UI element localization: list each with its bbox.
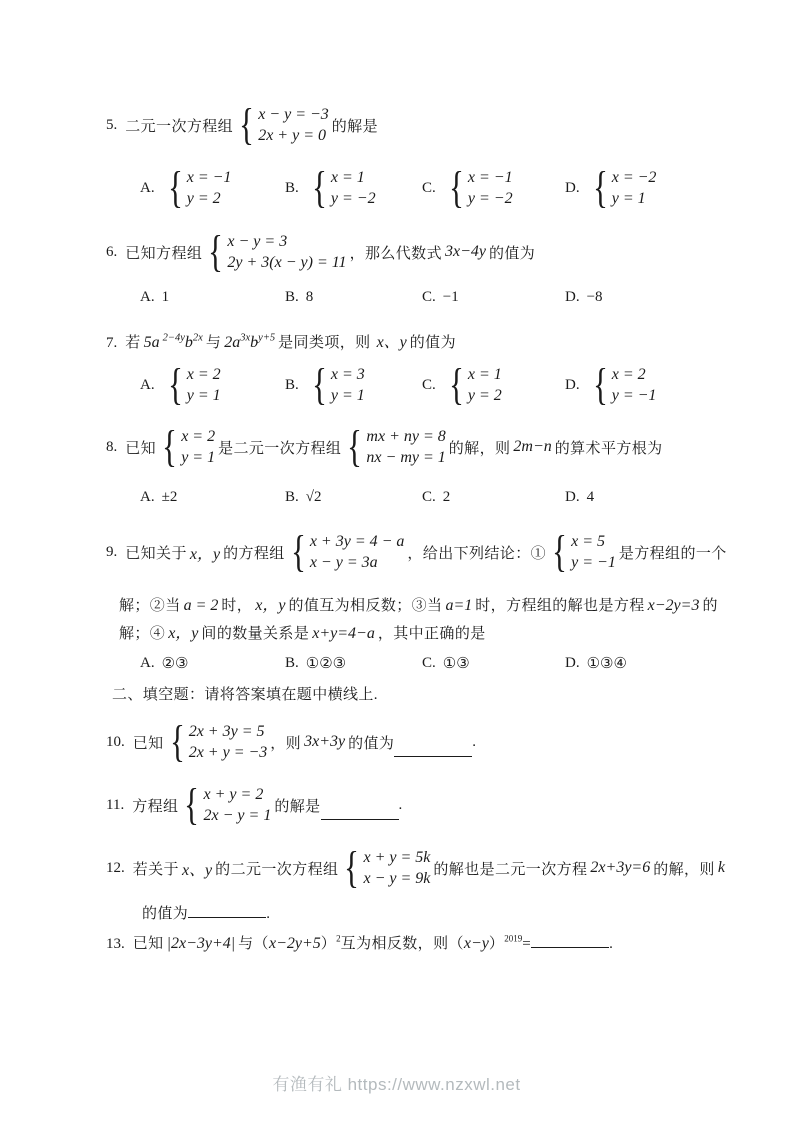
- equation: y = −2: [468, 188, 513, 209]
- q5-pre-text: 二元一次方程组: [125, 115, 233, 136]
- q13-text: ）: [489, 936, 504, 952]
- option-label: C.: [422, 289, 436, 306]
- option-value: −1: [443, 289, 459, 306]
- q8-option-b: B.√2: [285, 488, 322, 506]
- section-2-header: 二、填空题：请将答案填在题中横线上.: [112, 683, 378, 704]
- q8-post-text: 的解，则: [449, 437, 511, 458]
- question-11: 11. 方程组 { x + y = 22x − y = 1 的解是 .: [106, 781, 403, 829]
- q9-inline-math: x+y=4−a: [312, 625, 375, 642]
- q11-pre-text: 方程组: [132, 795, 178, 816]
- q5-option-d: D. {x = −2y = 1: [565, 164, 659, 212]
- equation: x = −2: [612, 167, 657, 188]
- q6-option-b: B.8: [285, 288, 313, 306]
- q6-option-d: D.−8: [565, 288, 603, 306]
- q5-equation-system: { x − y = −3 2x + y = 0: [236, 103, 329, 147]
- option-label: B.: [285, 289, 299, 306]
- option-system: {x = 2y = 1: [165, 363, 221, 407]
- q7-exponent: 3x: [240, 333, 250, 344]
- option-value: ①③: [443, 654, 470, 673]
- option-label: D.: [565, 489, 580, 506]
- option-label: A.: [140, 377, 155, 394]
- q9-inline-math: x，y: [190, 541, 220, 564]
- q13-text: 已知: [133, 936, 164, 952]
- question-6: 6. 已知方程组 { x − y = 3 2y + 3(x − y) = 11 …: [106, 228, 535, 276]
- q7-exponent: 2−4y: [163, 333, 185, 344]
- q7-number: 7.: [106, 335, 117, 351]
- q5-option-c: C. {x = −1y = −2: [422, 164, 516, 212]
- equation: x = 2: [181, 426, 215, 447]
- option-label: C.: [422, 489, 436, 506]
- q9-text: 是方程组的一个: [619, 542, 727, 563]
- equation: x = 1: [468, 364, 502, 385]
- q8-mid-text: 是二元一次方程组: [218, 437, 341, 458]
- option-label: C.: [422, 180, 436, 197]
- q12-text: 的解也是二元一次方程: [433, 858, 587, 879]
- option-label: D.: [565, 180, 580, 197]
- brace-glyph: {: [168, 363, 183, 407]
- option-value: 4: [587, 489, 595, 506]
- q5-equations: x − y = −3 2x + y = 0: [258, 104, 329, 146]
- q10-inline-math: 3x+3y: [304, 733, 345, 751]
- q9-text: 的方程组: [223, 542, 285, 563]
- equation: x = −1: [187, 167, 232, 188]
- option-value: ②③: [162, 654, 189, 673]
- q12-inline-math: x、y: [182, 857, 212, 880]
- option-label: D.: [565, 655, 580, 672]
- q13-text: =: [522, 936, 531, 952]
- q13-text: ）: [321, 936, 336, 952]
- q6-post-text: ，那么代数式: [350, 242, 442, 263]
- q8-option-c: C.2: [422, 488, 450, 506]
- q5-option-a: A. {x = −1y = 2: [140, 164, 234, 212]
- question-8: 8. 已知 { x = 2y = 1 是二元一次方程组 { mx + ny = …: [106, 423, 663, 471]
- equation: y = −1: [571, 552, 616, 573]
- q7-option-b: B. {x = 3y = 1: [285, 361, 368, 409]
- option-label: C.: [422, 655, 436, 672]
- q9-text: 已知关于: [125, 542, 187, 563]
- equation: y = −2: [331, 188, 376, 209]
- q7-exponent: y+5: [258, 333, 275, 344]
- option-value: √2: [306, 489, 322, 506]
- q7-post-text: 是同类项，则: [278, 335, 370, 351]
- q9-inline-math: a=1: [445, 597, 472, 614]
- q9-text: 时，方程组的解也是方程: [475, 598, 644, 614]
- footer-watermark: 有渔有礼 https://www.nzxwl.net: [0, 1070, 793, 1095]
- equation: x + y = 2: [204, 784, 272, 805]
- equation: nx − my = 1: [366, 447, 445, 468]
- option-label: C.: [422, 377, 436, 394]
- brace-glyph: {: [208, 230, 223, 274]
- q13-text: 与（: [238, 936, 269, 952]
- question-7: 7.若5a2−4yb2x与2a3xby+5是同类项，则x、y的值为: [106, 329, 456, 352]
- option-label: A.: [140, 289, 155, 306]
- equation: y = 1: [331, 385, 365, 406]
- option-system: {x = 1y = −2: [309, 166, 376, 210]
- answer-blank: [188, 903, 266, 918]
- q6-option-a: A.1: [140, 288, 169, 306]
- section-2-title: 二、填空题：请将答案填在题中横线上.: [112, 687, 378, 703]
- answer-blank: [394, 742, 472, 757]
- q6-equations: x − y = 3 2y + 3(x − y) = 11: [227, 231, 346, 273]
- option-system: {x = 1y = 2: [446, 363, 502, 407]
- footer-text: 有渔有礼 https://www.nzxwl.net: [272, 1075, 520, 1094]
- q10-tail: .: [472, 734, 476, 751]
- q9-text: ，给出下列结论：①: [407, 542, 546, 563]
- question-9-line1: 9. 已知关于 x，y 的方程组 { x + 3y = 4 − ax − y =…: [106, 527, 727, 577]
- q9-inline-math: x，y: [168, 625, 198, 642]
- q8-option-a: A.±2: [140, 488, 177, 506]
- equation: 2x + y = 0: [258, 125, 329, 146]
- q9-inline-math: x−2y=3: [648, 597, 700, 614]
- q7-term: b: [250, 334, 258, 351]
- q5-option-b: B. {x = 1y = −2: [285, 164, 379, 212]
- equation: x − y = −3: [258, 104, 329, 125]
- q9-equation-system: { x + 3y = 4 − ax − y = 3a: [288, 530, 405, 574]
- q12-inline-math: 2x+3y=6: [590, 859, 650, 877]
- q11-tail: .: [399, 797, 403, 814]
- q7-options: A. {x = 2y = 1 B. {x = 3y = 1 C. {x = 1y…: [0, 361, 793, 409]
- q13-inline-math: x−2y+5: [269, 935, 321, 952]
- q6-equation-system: { x − y = 3 2y + 3(x − y) = 11: [205, 230, 346, 274]
- q5-number: 5.: [106, 117, 117, 134]
- equation: x = 1: [331, 167, 376, 188]
- q7-option-d: D. {x = 2y = −1: [565, 361, 659, 409]
- equation: y = 1: [612, 188, 657, 209]
- equation: x + y = 5k: [364, 847, 431, 868]
- brace-glyph: {: [593, 166, 608, 210]
- q5-post-text: 的解是: [332, 115, 378, 136]
- q12-inline-math: k: [718, 859, 725, 877]
- q12-text: 的二元一次方程组: [215, 858, 338, 879]
- question-9-line2: 解；②当a = 2时，x，y的值互为相反数；③当a=1时，方程组的解也是方程x−…: [119, 592, 718, 615]
- brace-glyph: {: [312, 166, 327, 210]
- q7-mid-text: 与: [206, 335, 221, 351]
- worksheet-page: 5. 二元一次方程组 { x − y = −3 2x + y = 0 的解是 A…: [0, 0, 793, 1122]
- equation: y = 1: [187, 385, 221, 406]
- option-label: B.: [285, 377, 299, 394]
- q8-post-text2: 的算术平方根为: [555, 437, 663, 458]
- q12-tail: .: [266, 906, 270, 922]
- option-label: A.: [140, 180, 155, 197]
- question-5: 5. 二元一次方程组 { x − y = −3 2x + y = 0 的解是: [106, 101, 378, 149]
- equation: mx + ny = 8: [366, 426, 445, 447]
- q8-number: 8.: [106, 439, 117, 456]
- option-system: {x = −1y = 2: [165, 166, 232, 210]
- option-label: B.: [285, 180, 299, 197]
- question-12-line1: 12. 若关于 x、y 的二元一次方程组 { x + y = 5kx − y =…: [106, 844, 728, 892]
- option-value: ±2: [162, 489, 178, 506]
- q12-text: 的值为: [142, 906, 188, 922]
- q12-text: 若关于: [133, 858, 179, 879]
- q6-number: 6.: [106, 244, 117, 261]
- q8-inline-math: 2m−n: [513, 438, 551, 456]
- brace-glyph: {: [345, 846, 360, 890]
- answer-blank: [531, 933, 609, 948]
- q7-term: b: [185, 334, 193, 351]
- q9-number: 9.: [106, 544, 117, 561]
- q7-exponent: 2x: [193, 333, 203, 344]
- q6-options: A.1 B.8 C.−1 D.−8: [0, 288, 793, 306]
- q10-pre-text: 已知: [133, 732, 164, 753]
- q7-term: 5a: [144, 334, 160, 351]
- brace-glyph: {: [162, 425, 177, 469]
- q11-number: 11.: [106, 797, 124, 814]
- option-value: 1: [162, 289, 170, 306]
- brace-glyph: {: [593, 363, 608, 407]
- q9-text: 的: [702, 598, 717, 614]
- equation: 2x − y = 1: [204, 805, 272, 826]
- q7-inline-math: x、y: [377, 334, 407, 351]
- equation: 2x + y = −3: [189, 742, 268, 763]
- option-value: 2: [443, 489, 451, 506]
- brace-glyph: {: [449, 166, 464, 210]
- q8-options: A.±2 B.√2 C.2 D.4: [0, 488, 793, 506]
- q8-equation-system: { mx + ny = 8nx − my = 1: [344, 425, 445, 469]
- q9-options: A.②③ B.①②③ C.①③ D.①③④: [0, 654, 793, 672]
- option-label: A.: [140, 489, 155, 506]
- q12-equation-system: { x + y = 5kx − y = 9k: [341, 846, 430, 890]
- q11-equation-system: { x + y = 22x − y = 1: [181, 783, 271, 827]
- q9-text: ，其中正确的是: [378, 626, 486, 642]
- q10-equation-system: { 2x + 3y = 52x + y = −3: [167, 720, 268, 764]
- option-label: B.: [285, 655, 299, 672]
- option-label: B.: [285, 489, 299, 506]
- q9-solution-system: { x = 5y = −1: [549, 530, 616, 574]
- q10-number: 10.: [106, 734, 125, 751]
- question-13: 13.已知|2x−3y+4|与（x−2y+5）2互为相反数，则（x−y）2019…: [106, 932, 613, 953]
- option-value: ①③④: [587, 654, 627, 673]
- q9-option-b: B.①②③: [285, 654, 346, 672]
- q9-text: 的值互为相反数；③当: [288, 598, 442, 614]
- q5-options: A. {x = −1y = 2 B. {x = 1y = −2 C. {x = …: [0, 164, 793, 212]
- equation: x = 5: [571, 531, 616, 552]
- equation: y = 2: [187, 188, 232, 209]
- option-value: ①②③: [306, 654, 346, 673]
- q9-text: 间的数量关系是: [201, 626, 309, 642]
- option-system: {x = 3y = 1: [309, 363, 365, 407]
- equation: y = 2: [468, 385, 502, 406]
- equation: y = −1: [612, 385, 657, 406]
- option-value: −8: [587, 289, 603, 306]
- q9-option-d: D.①③④: [565, 654, 627, 672]
- answer-blank: [321, 805, 399, 820]
- question-9-line3: 解；④x，y间的数量关系是x+y=4−a，其中正确的是: [119, 620, 486, 643]
- q13-tail: .: [609, 936, 613, 952]
- q9-text: 解；④: [119, 626, 165, 642]
- q7-option-a: A. {x = 2y = 1: [140, 361, 224, 409]
- option-label: A.: [140, 655, 155, 672]
- equation: 2x + 3y = 5: [189, 721, 268, 742]
- option-label: D.: [565, 289, 580, 306]
- equation: 2y + 3(x − y) = 11: [227, 252, 346, 273]
- q8-pre-text: 已知: [125, 437, 156, 458]
- q9-inline-math: x，y: [255, 597, 285, 614]
- equation: x = 2: [612, 364, 657, 385]
- q9-text: 时，: [221, 598, 252, 614]
- option-value: 8: [306, 289, 314, 306]
- equation: x − y = 3: [227, 231, 346, 252]
- equation: x − y = 9k: [364, 868, 431, 889]
- q10-post-text: ，则: [270, 732, 301, 753]
- equation: y = 1: [181, 447, 215, 468]
- q6-option-c: C.−1: [422, 288, 459, 306]
- q12-text: 的解，则: [653, 858, 715, 879]
- q8-option-d: D.4: [565, 488, 594, 506]
- q11-post-text: 的解是: [274, 795, 320, 816]
- option-label: D.: [565, 377, 580, 394]
- q13-number: 13.: [106, 936, 125, 952]
- equation: x = 2: [187, 364, 221, 385]
- brace-glyph: {: [552, 530, 567, 574]
- brace-glyph: {: [239, 103, 254, 147]
- q7-post-text2: 的值为: [410, 335, 456, 351]
- equation: x + 3y = 4 − a: [310, 531, 405, 552]
- q7-option-c: C. {x = 1y = 2: [422, 361, 505, 409]
- option-system: {x = −1y = −2: [446, 166, 513, 210]
- q6-inline-math: 3x−4y: [445, 243, 486, 261]
- equation: x = 3: [331, 364, 365, 385]
- q13-exponent: 2019: [504, 934, 522, 944]
- brace-glyph: {: [347, 425, 362, 469]
- q13-inline-math: |2x−3y+4|: [167, 935, 236, 952]
- q12-number: 12.: [106, 860, 125, 877]
- option-system: {x = 2y = −1: [590, 363, 657, 407]
- q9-option-a: A.②③: [140, 654, 189, 672]
- brace-glyph: {: [185, 783, 200, 827]
- q6-pre-text: 已知方程组: [125, 242, 202, 263]
- option-system: {x = −2y = 1: [590, 166, 657, 210]
- equation: x = −1: [468, 167, 513, 188]
- brace-glyph: {: [312, 363, 327, 407]
- q7-term: 2a: [224, 334, 240, 351]
- q7-pre-text: 若: [125, 335, 140, 351]
- q8-solution-system: { x = 2y = 1: [159, 425, 215, 469]
- q10-post-text2: 的值为: [348, 732, 394, 753]
- brace-glyph: {: [449, 363, 464, 407]
- q9-text: 解；②当: [119, 598, 181, 614]
- q9-option-c: C.①③: [422, 654, 470, 672]
- q9-inline-math: a = 2: [184, 597, 219, 614]
- brace-glyph: {: [168, 166, 183, 210]
- question-12-line2: 的值为.: [142, 902, 270, 923]
- question-10: 10. 已知 { 2x + 3y = 52x + y = −3 ，则 3x+3y…: [106, 718, 476, 766]
- brace-glyph: {: [170, 720, 185, 764]
- q6-post-text2: 的值为: [489, 242, 535, 263]
- q13-inline-math: x−y: [464, 935, 489, 952]
- equation: x − y = 3a: [310, 552, 405, 573]
- brace-glyph: {: [291, 530, 306, 574]
- q13-text: 互为相反数，则（: [341, 936, 464, 952]
